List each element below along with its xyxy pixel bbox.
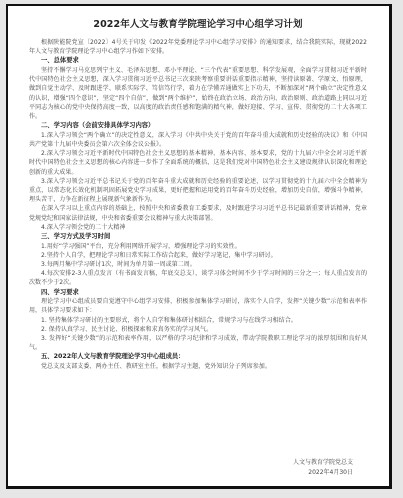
section-1-paragraph-1: 坚持不懈学习马克思列宁主义、毛泽东思想、邓小平理论、“三个代表”重要思想、科学发…: [29, 66, 367, 121]
section-2-paragraph-2: 2.深入学习领会习近平新时代中国特色社会主义思想的基本精神、基本内容、基本要求，…: [29, 149, 367, 177]
section-4-paragraph-2: 1. 坚持集体学习研讨的主要形式，将个人自学和集体研讨相结合，常规学习与在线学习…: [29, 316, 367, 325]
section-heading-members: 五、2022年人文与教育学院理论学习中心组成员：: [29, 352, 367, 362]
section-2-paragraph-4: 在深入学习以上重点内容的基础上，按照中央和省委教育工委要求，及时跟进学习习近平总…: [29, 204, 367, 222]
section-2-paragraph-3: 3.深入学习领会习近平总书记关于党的百年奋斗重大成就和历史经验的重要论述，以学习…: [29, 177, 367, 205]
section-4-paragraph-3: 2. 保持认真学习、民主讨论、积极探索和求真务实的学习风气。: [29, 325, 367, 334]
signature-date: 2022年4月30日: [293, 468, 353, 478]
section-2-paragraph-5: 4.深入学习领会党的二十大精神: [29, 223, 367, 232]
section-heading-general-requirements: 一、总体要求: [29, 56, 367, 66]
section-3-paragraph-1: 1.用好“学习强国”平台，充分利用网络开展学习，增强理论学习的实效性。: [29, 242, 367, 251]
section-4-paragraph-4: 3. 发挥好“关键少数”的示范和表率作用，以严格的学习纪律和学习成效，带动学院教…: [29, 334, 367, 352]
intro-paragraph: 根据陕能院党宣〔2022〕4号关于印发《2022年党委理论学习中心组学习安排》的…: [29, 38, 367, 56]
signature-org: 人文与教育学院党总支: [293, 458, 353, 468]
document-title: 2022年人文与教育学院理论学习中心组学习计划: [29, 16, 367, 30]
section-heading-study-requirements: 四、学习要求: [29, 288, 367, 298]
section-5-paragraph-1: 党总支及支部支委、两办主任、教研室主任，根据学习主题，党外知识分子列席参加。: [29, 362, 367, 371]
section-2-paragraph-1: 1.深入学习领会“两个确立”的决定性意义，深入学习《中共中央关于党的百年奋斗重大…: [29, 131, 367, 149]
section-3-paragraph-4: 4.每次安排2-3人重点发言（有书面发言稿，年底交总支），谈学习体会时间不少于学…: [29, 269, 367, 287]
signature-block: 人文与教育学院党总支 2022年4月30日: [293, 458, 353, 478]
document-page: 2022年人文与教育学院理论学习中心组学习计划 根据陕能院党宣〔2022〕4号关…: [6, 4, 392, 489]
section-3-paragraph-2: 2.坚持个人自学，把理论学习和日常实际工作结合起来，做好学习笔记，集中学习研讨。: [29, 251, 367, 260]
section-3-paragraph-3: 3.每两月集中学习研讨1次，时间为单月第一周或第二周。: [29, 260, 367, 269]
section-heading-study-content: 二、学习内容（会前安排具体学习内容）: [29, 121, 367, 131]
section-4-paragraph-1: 理论学习中心组成员要自觉遵守中心组学习安排，积极参加集体学习研讨，落实个人自学，…: [29, 297, 367, 315]
section-heading-study-methods: 三、学习方式及学习时间: [29, 232, 367, 242]
document-content: 2022年人文与教育学院理论学习中心组学习计划 根据陕能院党宣〔2022〕4号关…: [29, 14, 367, 371]
